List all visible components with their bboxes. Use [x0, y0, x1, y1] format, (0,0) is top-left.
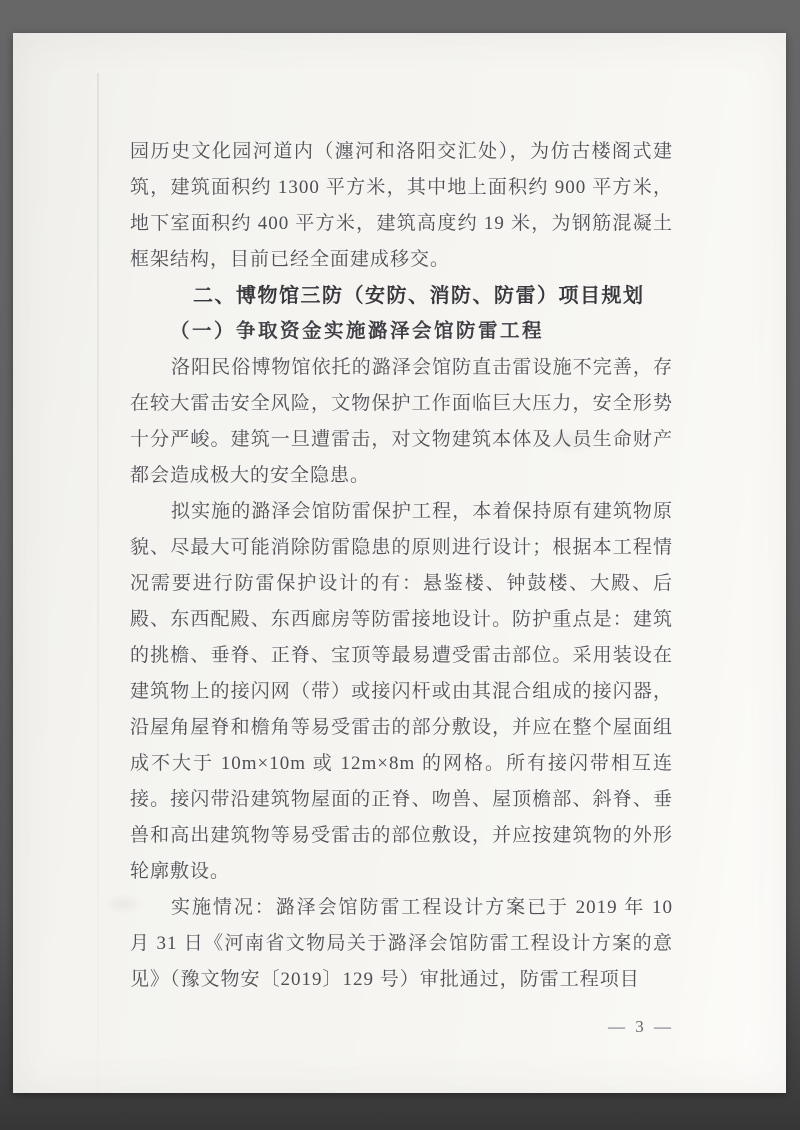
paragraph-implementation-status: 实施情况：潞泽会馆防雷工程设计方案已于 2019 年 10 月 31 日《河南省…: [130, 890, 673, 998]
subsection-heading: （一）争取资金实施潞泽会馆防雷工程: [130, 314, 673, 350]
paragraph-lightning-risk: 洛阳民俗博物馆依托的潞泽会馆防直击雷设施不完善，存在较大雷击安全风险，文物保护工…: [130, 350, 673, 494]
page-number: — 3 —: [608, 1017, 674, 1037]
viewer-background: { "document": { "content": { "continuati…: [0, 0, 800, 1130]
scanned-page: 园历史文化园河道内（瀍河和洛阳交汇处），为仿古楼阁式建筑，建筑面积约 1300 …: [13, 33, 786, 1093]
scan-crease: [97, 73, 99, 1093]
paragraph-protection-design: 拟实施的潞泽会馆防雷保护工程，本着保持原有建筑物原貌、尽最大可能消除防雷隐患的原…: [130, 494, 673, 890]
document-text-block: 园历史文化园河道内（瀍河和洛阳交汇处），为仿古楼阁式建筑，建筑面积约 1300 …: [130, 134, 673, 998]
continuation-paragraph: 园历史文化园河道内（瀍河和洛阳交汇处），为仿古楼阁式建筑，建筑面积约 1300 …: [130, 134, 673, 278]
section-heading: 二、博物馆三防（安防、消防、防雷）项目规划: [130, 278, 673, 314]
